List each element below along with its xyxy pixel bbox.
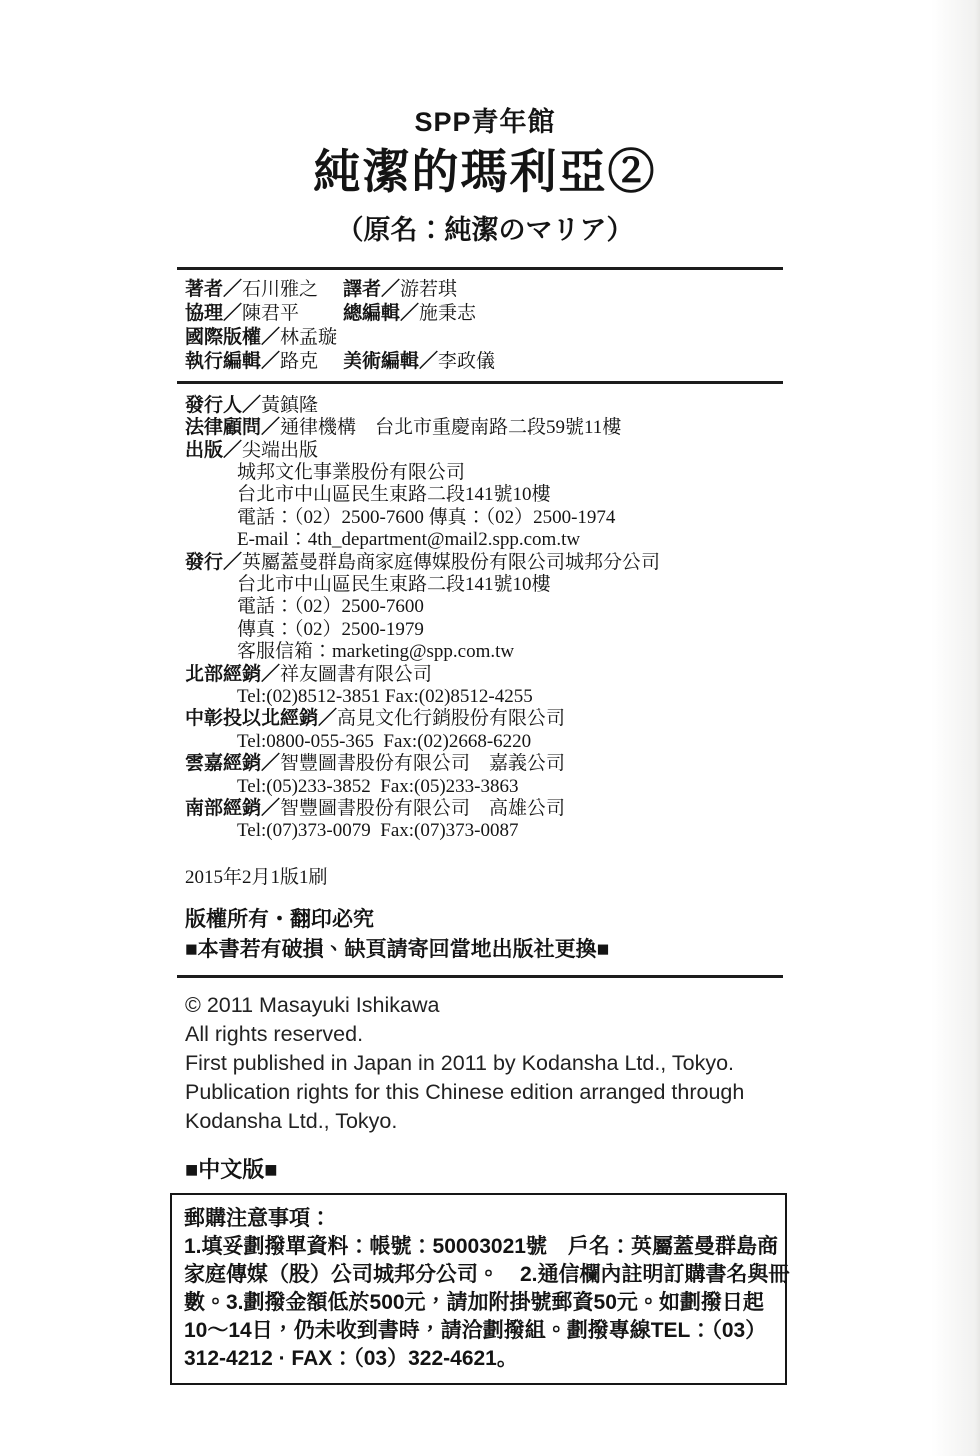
english-copyright-line: All rights reserved. xyxy=(185,1020,785,1049)
credit-cell: 美術編輯／李政儀 xyxy=(343,350,785,374)
credit-row: 著者／石川雅之 譯者／游若琪 xyxy=(185,278,785,302)
publishing-label: 法律顧問／ xyxy=(185,417,280,438)
credit-cell: 執行編輯／路克 xyxy=(185,350,343,374)
publishing-label: 出版／ xyxy=(185,440,242,461)
title-block: SPP青年館 純潔的瑪利亞② （原名：純潔のマリア） xyxy=(185,100,785,247)
mail-order-line: 10～14日，仍未收到書時，請洽劃撥組。劃撥專線TEL：（03） xyxy=(184,1317,773,1345)
publishing-label: 南部經銷／ xyxy=(185,798,280,819)
english-copyright-line: © 2011 Masayuki Ishikawa xyxy=(185,991,785,1020)
credit-row: 協理／陳君平 總編輯／施秉志 xyxy=(185,302,785,326)
english-copyright-line: First published in Japan in 2011 by Koda… xyxy=(185,1049,785,1078)
credit-cell xyxy=(343,326,785,350)
publishing-line: 北部經銷／祥友圖書有限公司 xyxy=(185,664,785,686)
publishing-line: 台北市中山區民生東路二段141號10樓 xyxy=(185,484,785,506)
divider-rights xyxy=(177,975,783,978)
publishing-value: Tel:(05)233-3852 Fax:(05)233-3863 xyxy=(237,776,519,797)
publishing-value: 台北市中山區民生東路二段141號10樓 xyxy=(237,574,551,595)
publishing-line: 南部經銷／智豐圖書股份有限公司 高雄公司 xyxy=(185,798,785,820)
publishing-line: 發行人／黃鎮隆 xyxy=(185,395,785,417)
credit-row: 國際版權／林孟璇 xyxy=(185,326,785,350)
publishing-line: Tel:(07)373-0079 Fax:(07)373-0087 xyxy=(185,820,785,842)
publishing-value: 客服信箱：marketing@spp.com.tw xyxy=(237,641,514,662)
publishing-line: 雲嘉經銷／智豐圖書股份有限公司 嘉義公司 xyxy=(185,753,785,775)
publishing-line: 出版／尖端出版 xyxy=(185,440,785,462)
publishing-line: 電話：（02）2500-7600 xyxy=(185,596,785,618)
credit-name: 路克 xyxy=(280,351,318,372)
credit-role-label: 執行編輯／ xyxy=(185,351,280,372)
publishing-label: 發行人／ xyxy=(185,395,261,416)
mail-order-line: 家庭傳媒（股）公司城邦分公司。 2.通信欄內註明訂購書名與冊 xyxy=(184,1261,773,1289)
book-title: 純潔的瑪利亞② xyxy=(185,143,785,202)
english-copyright-line: Publication rights for this Chinese edit… xyxy=(185,1078,785,1107)
credit-cell: 協理／陳君平 xyxy=(185,302,343,326)
rights-line-1: 版權所有・翻印必究 xyxy=(185,905,785,935)
credit-name: 陳君平 xyxy=(242,303,299,324)
publishing-value: 祥友圖書有限公司 xyxy=(280,664,432,685)
publishing-line: Tel:0800-055-365 Fax:(02)2668-6220 xyxy=(185,731,785,753)
publishing-value: E-mail：4th_department@mail2.spp.com.tw xyxy=(237,529,580,550)
english-copyright-line: Kodansha Ltd., Tokyo. xyxy=(185,1107,785,1136)
publishing-line: 法律顧問／通律機構 台北市重慶南路二段59號11樓 xyxy=(185,417,785,439)
publishing-line: 電話：（02）2500-7600 傳真：（02）2500-1974 xyxy=(185,507,785,529)
credit-role-label: 協理／ xyxy=(185,303,242,324)
colophon-page: SPP青年館 純潔的瑪利亞② （原名：純潔のマリア） 著者／石川雅之 譯者／游若… xyxy=(0,0,980,1456)
publishing-label: 北部經銷／ xyxy=(185,664,280,685)
publishing-value: 台北市中山區民生東路二段141號10樓 xyxy=(237,484,551,505)
publishing-value: 電話：（02）2500-7600 xyxy=(237,596,424,617)
publishing-line: 傳真：（02）2500-1979 xyxy=(185,619,785,641)
publishing-value: 電話：（02）2500-7600 傳真：（02）2500-1974 xyxy=(237,507,615,528)
publishing-value: 英屬蓋曼群島商家庭傳媒股份有限公司城邦分公司 xyxy=(242,552,660,573)
publishing-value: 黃鎮隆 xyxy=(261,395,318,416)
publishing-block: 發行人／黃鎮隆 法律顧問／通律機構 台北市重慶南路二段59號11樓 出版／尖端出… xyxy=(185,384,785,843)
credit-role-label: 譯者／ xyxy=(343,279,400,300)
imprint-label: SPP青年館 xyxy=(185,100,785,139)
page-content: SPP青年館 純潔的瑪利亞② （原名：純潔のマリア） 著者／石川雅之 譯者／游若… xyxy=(185,0,785,1385)
chinese-edition-label: ■中文版■ xyxy=(185,1153,785,1184)
publishing-line: 台北市中山區民生東路二段141號10樓 xyxy=(185,574,785,596)
publishing-line: Tel:(05)233-3852 Fax:(05)233-3863 xyxy=(185,776,785,798)
rights-line-2: ■本書若有破損、缺頁請寄回當地出版社更換■ xyxy=(185,935,785,965)
mail-order-notice-box: 郵購注意事項： 1.填妥劃撥單資料：帳號：50003021號 戶名：英屬蓋曼群島… xyxy=(170,1193,787,1385)
publishing-line: 城邦文化事業股份有限公司 xyxy=(185,462,785,484)
credit-name: 游若琪 xyxy=(400,279,457,300)
credit-name: 石川雅之 xyxy=(242,279,318,300)
publishing-value: 通律機構 台北市重慶南路二段59號11樓 xyxy=(280,417,621,438)
publishing-line: 發行／英屬蓋曼群島商家庭傳媒股份有限公司城邦分公司 xyxy=(185,552,785,574)
mail-order-line: 郵購注意事項： xyxy=(184,1205,773,1233)
credit-name: 施秉志 xyxy=(419,303,476,324)
publishing-line: E-mail：4th_department@mail2.spp.com.tw xyxy=(185,529,785,551)
publishing-line: 中彰投以北經銷／高見文化行銷股份有限公司 xyxy=(185,708,785,730)
rights-notice: 版權所有・翻印必究 ■本書若有破損、缺頁請寄回當地出版社更換■ xyxy=(185,905,785,965)
publishing-value: 智豐圖書股份有限公司 高雄公司 xyxy=(280,798,565,819)
credit-name: 林孟璇 xyxy=(280,327,337,348)
edition-printing-note: 2015年2月1版1刷 xyxy=(185,862,785,889)
publishing-value: Tel:0800-055-365 Fax:(02)2668-6220 xyxy=(237,731,531,752)
publishing-value: Tel:(07)373-0079 Fax:(07)373-0087 xyxy=(237,820,519,841)
publishing-value: 城邦文化事業股份有限公司 xyxy=(237,462,465,483)
credit-role-label: 總編輯／ xyxy=(343,303,419,324)
publishing-value: 尖端出版 xyxy=(242,440,318,461)
publishing-label: 發行／ xyxy=(185,552,242,573)
credit-role-label: 著者／ xyxy=(185,279,242,300)
publishing-value: Tel:(02)8512-3851 Fax:(02)8512-4255 xyxy=(237,686,533,707)
publishing-line: Tel:(02)8512-3851 Fax:(02)8512-4255 xyxy=(185,686,785,708)
publishing-value: 高見文化行銷股份有限公司 xyxy=(337,708,565,729)
publishing-line: 客服信箱：marketing@spp.com.tw xyxy=(185,641,785,663)
credit-cell: 總編輯／施秉志 xyxy=(343,302,785,326)
publishing-value: 傳真：（02）2500-1979 xyxy=(237,619,424,640)
credit-role-label: 國際版權／ xyxy=(185,327,280,348)
credit-name: 李政儀 xyxy=(438,351,495,372)
credits-table: 著者／石川雅之 譯者／游若琪 協理／陳君平 總編輯／施秉志 國際版權／林孟璇 執… xyxy=(185,270,785,381)
credit-cell: 譯者／游若琪 xyxy=(343,278,785,302)
mail-order-line: 1.填妥劃撥單資料：帳號：50003021號 戶名：英屬蓋曼群島商 xyxy=(184,1233,773,1261)
mail-order-line: 312-4212 · FAX：（03）322-4621。 xyxy=(184,1345,773,1373)
credit-row: 執行編輯／路克 美術編輯／李政儀 xyxy=(185,350,785,374)
english-copyright-block: © 2011 Masayuki Ishikawa All rights rese… xyxy=(185,991,785,1136)
publishing-label: 雲嘉經銷／ xyxy=(185,753,280,774)
mail-order-line: 數。3.劃撥金額低於500元，請加附掛號郵資50元。如劃撥日起 xyxy=(184,1289,773,1317)
credit-cell: 著者／石川雅之 xyxy=(185,278,343,302)
original-title: （原名：純潔のマリア） xyxy=(185,208,785,247)
credit-cell: 國際版權／林孟璇 xyxy=(185,326,343,350)
credit-role-label: 美術編輯／ xyxy=(343,351,438,372)
publishing-label: 中彰投以北經銷／ xyxy=(185,708,337,729)
publishing-value: 智豐圖書股份有限公司 嘉義公司 xyxy=(280,753,565,774)
